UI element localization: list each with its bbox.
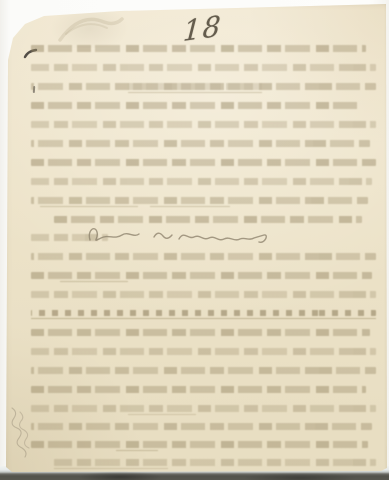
underline-stroke bbox=[150, 206, 230, 207]
underline-stroke bbox=[31, 318, 376, 319]
underline-stroke bbox=[128, 414, 196, 415]
handwritten-annotation bbox=[84, 222, 294, 248]
typed-line bbox=[31, 348, 376, 355]
typed-line bbox=[31, 197, 368, 204]
scanned-document: 18 bbox=[0, 0, 389, 480]
typed-line bbox=[31, 272, 372, 279]
typed-line-dark-segment bbox=[128, 83, 262, 90]
typed-line bbox=[54, 459, 376, 466]
typed-line bbox=[31, 310, 376, 316]
underline-stroke bbox=[116, 450, 158, 451]
typed-line bbox=[31, 178, 372, 185]
typed-line bbox=[31, 253, 376, 260]
underline-stroke bbox=[128, 92, 262, 93]
typed-line bbox=[31, 367, 376, 374]
typed-line bbox=[31, 64, 376, 71]
typed-line bbox=[31, 386, 366, 393]
typed-line bbox=[31, 45, 366, 52]
typed-line bbox=[31, 102, 362, 109]
underline-stroke bbox=[54, 468, 168, 469]
typed-line bbox=[31, 423, 372, 430]
underline-stroke bbox=[40, 206, 138, 207]
pencil-smudge-stroke bbox=[52, 6, 130, 48]
typed-line bbox=[31, 121, 376, 128]
typed-line bbox=[31, 291, 376, 298]
margin-scribble bbox=[4, 402, 34, 462]
underline-stroke bbox=[60, 281, 128, 282]
paper-sheet: 18 bbox=[0, 0, 389, 480]
typed-line bbox=[31, 441, 368, 448]
typed-line bbox=[31, 329, 370, 336]
handwritten-page-number: 18 bbox=[182, 9, 224, 48]
typed-line bbox=[31, 83, 376, 90]
typed-line bbox=[31, 159, 376, 166]
typed-line bbox=[31, 140, 370, 147]
typed-line bbox=[31, 405, 376, 412]
